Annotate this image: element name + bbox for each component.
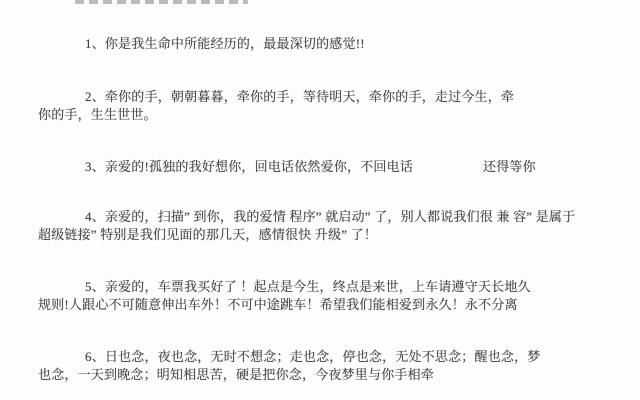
column-gap — [413, 170, 483, 171]
quote-item-4-line-1: 4、亲爱的，扫描” 到你，我的爱情 程序” 就启动” 了，别人都说我们很 兼 容… — [85, 209, 575, 225]
quote-item-3-line-1: 3、亲爱的!孤独的我好想你，回电话依然爱你，不回电话还得等你 — [85, 159, 536, 175]
quote-item-4-line-2: 超级链接” 特别是我们见面的那几天，感情很快 升级” 了！ — [38, 227, 377, 243]
quote-item-5-line-2: 规则!人跟心不可随意伸出车外！不可中途跳车！希望我们能相爱到永久！永不分离 — [38, 297, 518, 313]
quote-item-6-line-2: 也念，一天到晚念；明知相思苦，硬是把你念，今夜梦里与你手相牵 — [38, 367, 434, 383]
quote-item-3-text-left: 3、亲爱的!孤独的我好想你，回电话依然爱你，不回电话 — [85, 159, 413, 174]
quote-item-6-line-1: 6、日也念，夜也念，无时不想念；走也念，停也念，无处不思念；醒也念，梦 — [85, 349, 541, 365]
quote-item-1-line-1: 1、你是我生命中所能经历的，最最深切的感觉!! — [85, 36, 365, 52]
clipped-title-fragment — [75, 0, 248, 4]
quote-item-5-line-1: 5、亲爱的，车票我买好了 ！起点是今生，终点是来世，上车请遵守天长地久 — [85, 279, 531, 295]
document-page: 1、你是我生命中所能经历的，最最深切的感觉!! 2、牵你的手，朝朝暮暮，牵你的手… — [0, 0, 640, 400]
quote-item-2-line-1: 2、牵你的手，朝朝暮暮，牵你的手，等待明天，牵你的手，走过今生，牵 — [85, 89, 514, 105]
quote-item-3-text-right: 还得等你 — [483, 159, 536, 174]
quote-item-2-line-2: 你的手，生生世世。 — [38, 107, 157, 123]
